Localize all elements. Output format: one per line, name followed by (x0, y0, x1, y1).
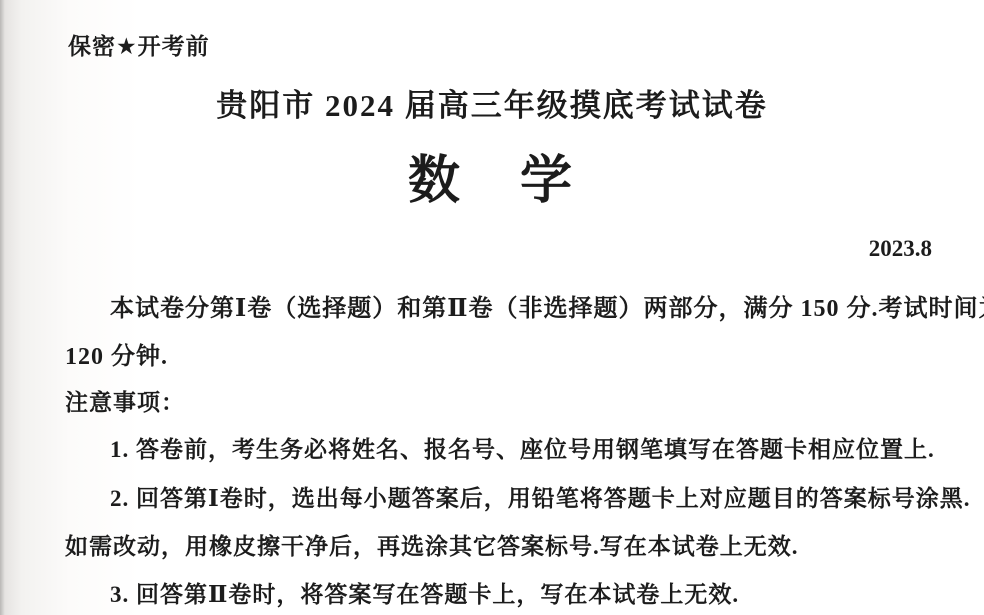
exam-date: 2023.8 (869, 236, 932, 262)
note-item-2: 2. 回答第Ⅰ卷时，选出每小题答案后，用铅笔将答题卡上对应题目的答案标号涂黑. (110, 480, 971, 513)
subject-title: 数 学 (0, 138, 984, 213)
note-item-1: 1. 答卷前，考生务必将姓名、报名号、座位号用钢笔填写在答题卡相应位置上. (110, 431, 935, 464)
notes-heading: 注意事项： (65, 384, 185, 417)
intro-paragraph-line-2: 120 分钟. (65, 336, 168, 371)
note-item-2-continuation: 如需改动，用橡皮擦干净后，再选涂其它答案标号.写在本试卷上无效. (65, 528, 799, 561)
exam-title: 贵阳市 2024 届高三年级摸底考试试卷 (0, 80, 984, 125)
note-item-3: 3. 回答第Ⅱ卷时，将答案写在答题卡上，写在本试卷上无效. (110, 576, 739, 609)
security-notice: 保密★开考前 (68, 28, 210, 61)
exam-paper-page: 保密★开考前 贵阳市 2024 届高三年级摸底考试试卷 数 学 2023.8 本… (0, 0, 984, 615)
intro-paragraph-line-1: 本试卷分第Ⅰ卷（选择题）和第Ⅱ卷（非选择题）两部分，满分 150 分.考试时间为 (110, 288, 984, 323)
